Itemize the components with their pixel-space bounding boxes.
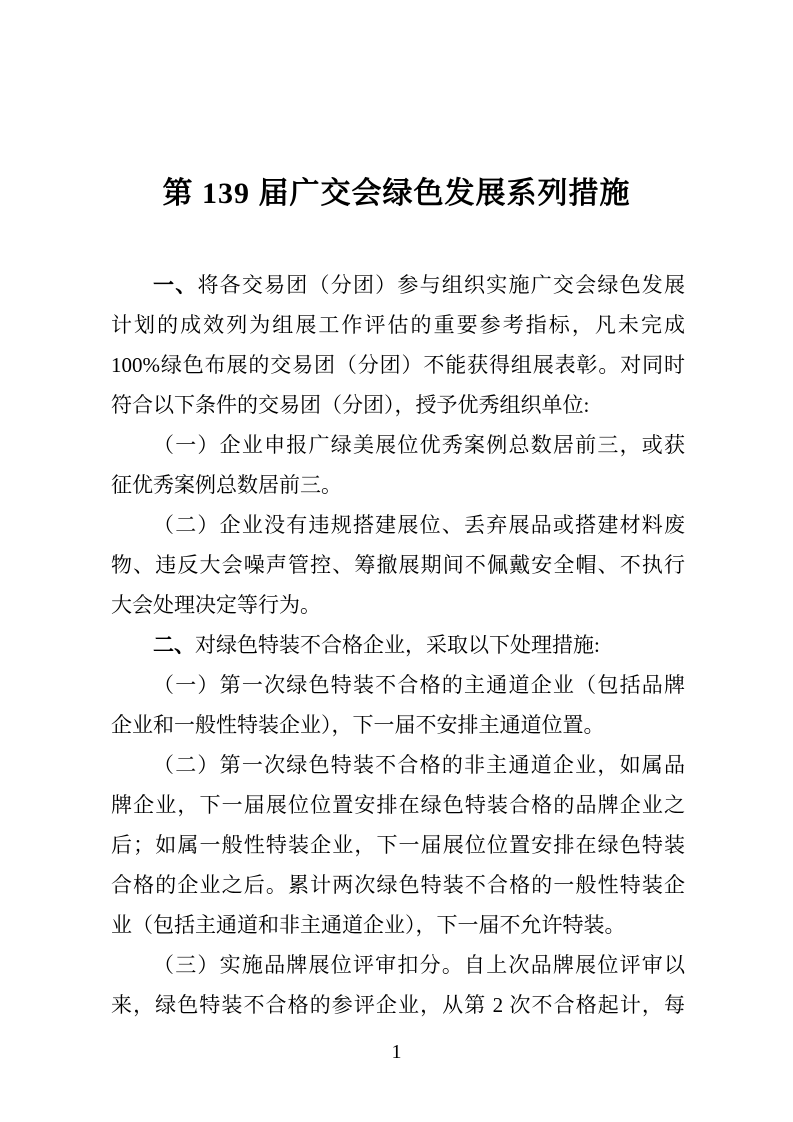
body-line: （三）实施品牌展位评审扣分。自上次品牌展位评审以 bbox=[111, 945, 685, 985]
body-line: 计划的成效列为组展工作评估的重要参考指标，凡未完成 bbox=[111, 305, 685, 345]
body-line: （一）企业申报广绿美展位优秀案例总数居前三，或获 bbox=[111, 425, 685, 465]
section-number: 二、 bbox=[153, 633, 195, 657]
body-line: 符合以下条件的交易团（分团），授予优秀组织单位: bbox=[111, 385, 685, 425]
body-line: 合格的企业之后。累计两次绿色特装不合格的一般性特装企 bbox=[111, 865, 685, 905]
body-line: 企业和一般性特装企业），下一届不安排主通道位置。 bbox=[111, 705, 685, 745]
body-line: 业（包括主通道和非主通道企业），下一届不允许特装。 bbox=[111, 905, 685, 945]
body-line: （一）第一次绿色特装不合格的主通道企业（包括品牌 bbox=[111, 665, 685, 705]
body-line: （二）第一次绿色特装不合格的非主通道企业，如属品 bbox=[111, 745, 685, 785]
document-title: 第 139 届广交会绿色发展系列措施 bbox=[0, 172, 793, 216]
body-line: 物、违反大会噪声管控、筹撤展期间不佩戴安全帽、不执行 bbox=[111, 545, 685, 585]
body-line: 二、对绿色特装不合格企业，采取以下处理措施: bbox=[111, 625, 685, 665]
body-line: 100%绿色布展的交易团（分团）不能获得组展表彰。对同时 bbox=[111, 345, 685, 385]
page-number: 1 bbox=[0, 1032, 793, 1072]
body-line: 牌企业，下一届展位位置安排在绿色特装合格的品牌企业之 bbox=[111, 785, 685, 825]
body-line: 一、将各交易团（分团）参与组织实施广交会绿色发展 bbox=[111, 265, 685, 305]
body-line: 征优秀案例总数居前三。 bbox=[111, 465, 685, 505]
document-body: 一、将各交易团（分团）参与组织实施广交会绿色发展计划的成效列为组展工作评估的重要… bbox=[111, 265, 685, 1025]
body-line: （二）企业没有违规搭建展位、丢弃展品或搭建材料废 bbox=[111, 505, 685, 545]
body-line: 来，绿色特装不合格的参评企业，从第 2 次不合格起计，每 bbox=[111, 985, 685, 1025]
section-number: 一、 bbox=[153, 273, 197, 297]
body-line: 后；如属一般性特装企业，下一届展位位置安排在绿色特装 bbox=[111, 825, 685, 865]
body-line: 大会处理决定等行为。 bbox=[111, 585, 685, 625]
document-page: 第 139 届广交会绿色发展系列措施 一、将各交易团（分团）参与组织实施广交会绿… bbox=[0, 0, 793, 1122]
